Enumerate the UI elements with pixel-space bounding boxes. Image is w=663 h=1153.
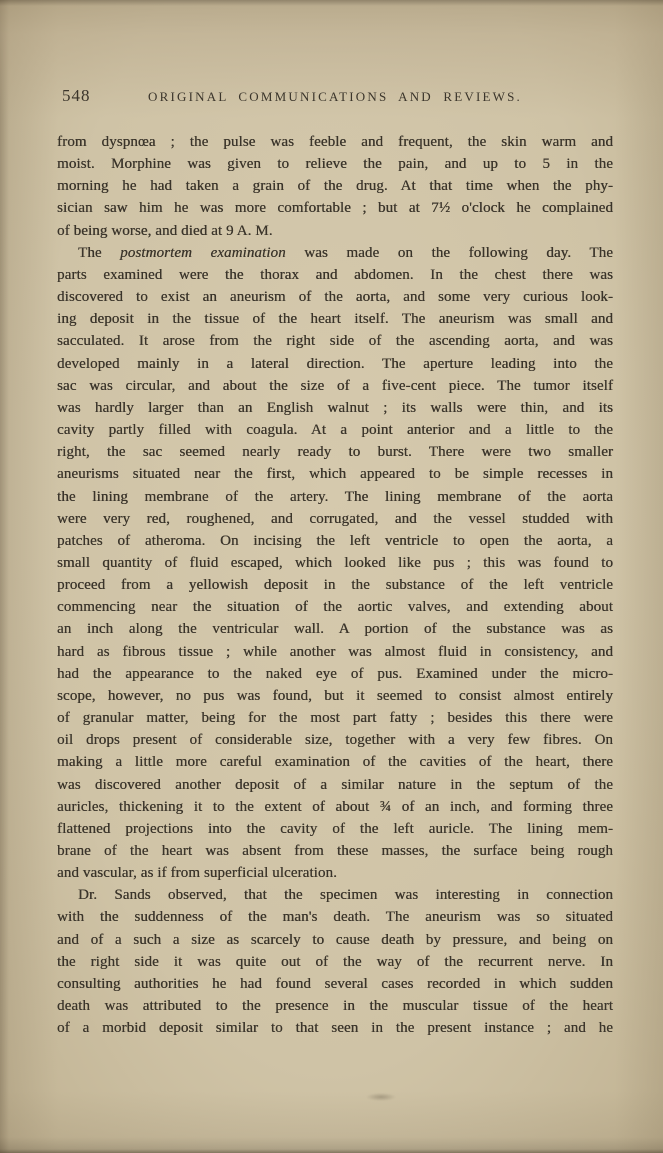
text-line: had the appearance to the naked eye of p… <box>57 663 613 685</box>
text-line: with the suddenness of the man's death. … <box>57 906 613 928</box>
text-line: and vascular, as if from superficial ulc… <box>57 862 613 884</box>
text-line: commencing near the situation of the aor… <box>57 596 613 618</box>
text-line: an inch along the ventricular wall. A po… <box>57 618 613 640</box>
text-line: was hardly larger than an English walnut… <box>57 397 613 419</box>
text-line: Dr. Sands observed, that the specimen wa… <box>57 884 613 906</box>
text-line: The postmortem examination was made on t… <box>57 242 613 264</box>
text-line: of granular matter, being for the most p… <box>57 707 613 729</box>
running-title: ORIGINAL COMMUNICATIONS AND REVIEWS. <box>57 89 613 105</box>
smudge-mark <box>366 1093 396 1101</box>
text-line: sac was circular, and about the size of … <box>57 375 613 397</box>
text-line: brane of the heart was absent from these… <box>57 840 613 862</box>
text-line: sician saw him he was more comfortable ;… <box>57 197 613 219</box>
text-line: of a morbid deposit similar to that seen… <box>57 1017 613 1039</box>
text-line: ing deposit in the tissue of the heart i… <box>57 308 613 330</box>
text-line: death was attributed to the presence in … <box>57 995 613 1017</box>
text-line: proceed from a yellowish deposit in the … <box>57 574 613 596</box>
text-line: flattened projections into the cavity of… <box>57 818 613 840</box>
text-line: the right side it was quite out of the w… <box>57 951 613 973</box>
text-line: were very red, roughened, and corrugated… <box>57 508 613 530</box>
text-line: sacculated. It arose from the right side… <box>57 330 613 352</box>
text-line: from dyspnœa ; the pulse was feeble and … <box>57 131 613 153</box>
text-line: patches of atheroma. On incising the lef… <box>57 530 613 552</box>
text-line: cavity partly filled with coagula. At a … <box>57 419 613 441</box>
text-line: aneurisms situated near the first, which… <box>57 463 613 485</box>
text-line: auricles, thickening it to the extent of… <box>57 796 613 818</box>
text-line: developed mainly in a lateral direction.… <box>57 353 613 375</box>
text-line: scope, however, no pus was found, but it… <box>57 685 613 707</box>
page-text: from dyspnœa ; the pulse was feeble and … <box>57 131 613 1039</box>
text-line: moist. Morphine was given to relieve the… <box>57 153 613 175</box>
text-line: was discovered another deposit of a simi… <box>57 774 613 796</box>
text-line: the lining membrane of the artery. The l… <box>57 486 613 508</box>
text-line: and of a such a size as scarcely to caus… <box>57 929 613 951</box>
scanned-journal-page: 548 ORIGINAL COMMUNICATIONS AND REVIEWS.… <box>0 0 663 1153</box>
text-line: oil drops present of considerable size, … <box>57 729 613 751</box>
text-line: hard as fibrous tissue ; while another w… <box>57 641 613 663</box>
text-line: parts examined were the thorax and abdom… <box>57 264 613 286</box>
text-line: consulting authorities he had found seve… <box>57 973 613 995</box>
text-line: discovered to exist an aneurism of the a… <box>57 286 613 308</box>
text-line: morning he had taken a grain of the drug… <box>57 175 613 197</box>
text-line: making a little more careful examination… <box>57 751 613 773</box>
text-line: of being worse, and died at 9 A. M. <box>57 220 613 242</box>
running-header: 548 ORIGINAL COMMUNICATIONS AND REVIEWS. <box>57 86 613 110</box>
text-line: small quantity of fluid escaped, which l… <box>57 552 613 574</box>
text-line: right, the sac seemed nearly ready to bu… <box>57 441 613 463</box>
